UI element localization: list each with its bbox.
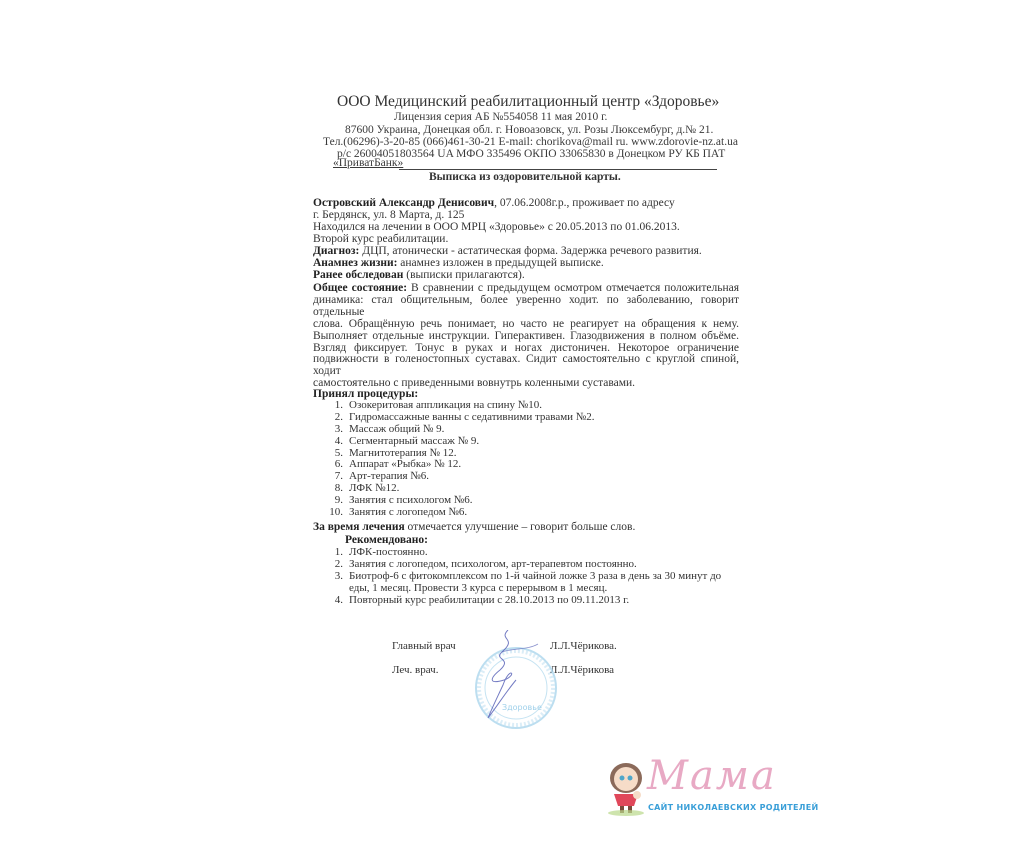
address-line: 87600 Украина, Донецкая обл. г. Новоазов…	[345, 124, 713, 136]
chief-doctor-label: Главный врач	[392, 640, 456, 652]
procedure-text: Магнитотерапия № 12.	[349, 447, 456, 459]
general-state-line: Выполняет отдельные инструкции. Гиперакт…	[313, 331, 739, 343]
recommendation-number: 2.	[321, 559, 343, 571]
watermark-title: Мама	[647, 753, 777, 799]
contacts-line: Тел.(06296)-3-20-85 (066)461-30-21 E-mai…	[323, 136, 738, 148]
recommendation-text: Биотроф-6 с фитокомплексом по 1-й чайной…	[349, 570, 721, 582]
procedure-text: Аппарат «Рыбка» № 12.	[349, 458, 461, 470]
official-stamp-icon: Здоровье	[458, 630, 568, 730]
procedure-text: Занятия с психологом №6.	[349, 494, 473, 506]
organization-name: ООО Медицинский реабилитационный центр «…	[337, 93, 719, 111]
anamnesis-label: Анамнез жизни:	[313, 257, 397, 269]
recommendation-item: 4.Повторный курс реабилитации с 28.10.20…	[321, 595, 721, 607]
procedure-text: Гидромассажные ванны с седативними трава…	[349, 411, 595, 423]
procedure-number: 4.	[321, 436, 343, 448]
general-state-line: слова. Обращённую речь понимает, но част…	[313, 319, 739, 331]
general-state-label: Общее состояние:	[313, 282, 407, 294]
header-divider	[399, 169, 717, 170]
recommendation-text: ЛФК-постоянно.	[349, 546, 428, 558]
recommendations-list: 1.ЛФК-постоянно.2.Занятия с логопедом, п…	[321, 547, 721, 606]
bank-name: «ПриватБанк»	[333, 157, 403, 169]
svg-text:Здоровье: Здоровье	[502, 703, 542, 712]
procedure-text: Арт-терапия №6.	[349, 470, 429, 482]
general-state-line: В сравнении с предыдущем осмотром отмеча…	[407, 282, 739, 294]
recommendation-text: Занятия с логопедом, психологом, арт-тер…	[349, 558, 637, 570]
diagnosis-text: ДЦП, атонически - астатическая форма. За…	[359, 245, 701, 257]
procedure-number: 2.	[321, 412, 343, 424]
recommendation-number: 3.	[321, 571, 343, 583]
document-page: ООО Медицинский реабилитационный центр «…	[0, 0, 1024, 860]
general-state-line: динамика: стал общительным, более уверен…	[313, 295, 739, 319]
attending-doctor-label: Леч. врач.	[392, 664, 438, 676]
procedure-text: Озокеритовая аппликация на спину №10.	[349, 399, 542, 411]
outcome-text: отмечается улучшение – говорит больше сл…	[405, 521, 636, 533]
procedure-text: Массаж общий № 9.	[349, 423, 444, 435]
procedure-text: ЛФК №12.	[349, 482, 399, 494]
general-state-line: подвижности в голеностопных суставах. Си…	[313, 354, 739, 378]
patient-info: , 07.06.2008г.р., проживает по адресу	[494, 197, 675, 209]
procedure-text: Сегментарный массаж № 9.	[349, 435, 479, 447]
procedures-list: 1.Озокеритовая аппликация на спину №10.2…	[321, 400, 595, 519]
outcome-line: За время лечения отмечается улучшение – …	[313, 522, 635, 534]
previously-text: (выписки прилагаются).	[403, 269, 524, 281]
previously-label: Ранее обследован	[313, 269, 403, 281]
previously-line: Ранее обследован (выписки прилагаются).	[313, 270, 525, 282]
procedure-number: 10.	[321, 507, 343, 519]
anamnesis-text: анамнез изложен в предыдущей выписке.	[397, 257, 603, 269]
recommendations-label: Рекомендовано:	[345, 534, 428, 546]
recommendation-text: Повторный курс реабилитации с 28.10.2013…	[349, 594, 629, 606]
document-title: Выписка из оздоровительной карты.	[429, 171, 621, 183]
recommendation-number: 4.	[321, 595, 343, 607]
procedure-item: 10.Занятия с логопедом №6.	[321, 507, 595, 519]
diagnosis-label: Диагноз:	[313, 245, 359, 257]
outcome-label: За время лечения	[313, 521, 405, 533]
watermark-subtitle: САЙТ НИКОЛАЕВСКИХ РОДИТЕЛЕЙ	[648, 803, 819, 812]
procedure-number: 3.	[321, 424, 343, 436]
general-state-paragraph: Общее состояние: В сравнении с предыдуще…	[313, 283, 739, 390]
license-line: Лицензия серия АБ №554058 11 мая 2010 г.	[394, 111, 607, 123]
procedure-text: Занятия с логопедом №6.	[349, 506, 467, 518]
patient-name: Островский Александр Денисович	[313, 197, 494, 209]
recommendation-text: еды, 1 месяц. Провести 3 курса с перерыв…	[349, 582, 607, 594]
